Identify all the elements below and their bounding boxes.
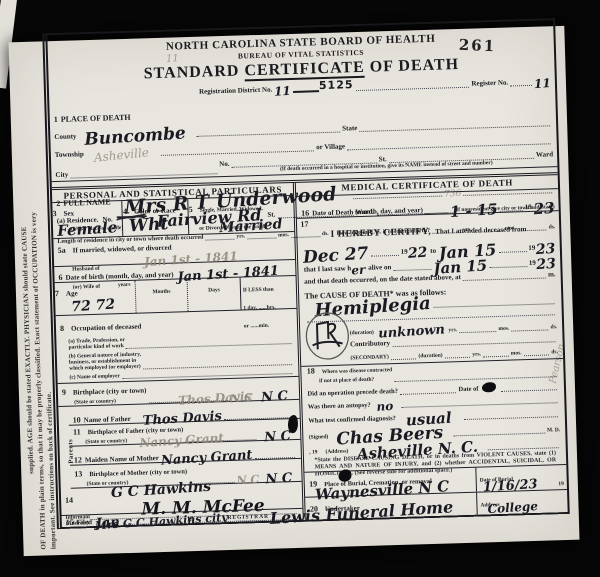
item-number: 5a xyxy=(58,246,66,255)
race-cell: 4 Color or Race Wht xyxy=(122,199,189,236)
year-prefix: 19 xyxy=(529,259,536,267)
dotted-line xyxy=(356,85,470,91)
age-days-cell: Days xyxy=(187,277,241,311)
spouse-label: If married, widowed, or divorced xyxy=(73,244,172,255)
marital-value: Married xyxy=(219,222,282,230)
item-number: 16 xyxy=(301,209,309,218)
medical-column: MEDICAL CERTIFICATE OF DEATH 16 Date of … xyxy=(293,175,567,520)
father-value-ghost: Thos Davis xyxy=(178,394,251,403)
years-label: years xyxy=(118,282,131,288)
age-label: Age xyxy=(66,289,78,297)
certification-block: 17 I HEREBY CERTIFY, That I attended dec… xyxy=(297,211,563,366)
st-label: St. xyxy=(379,155,387,163)
year-label: , 19 xyxy=(309,449,317,455)
days-label: Days xyxy=(208,287,220,293)
personal-column: PERSONAL AND STATISTICAL PARTICULARS 3 S… xyxy=(52,183,303,527)
no-label: No. xyxy=(219,160,230,168)
sex-value: Female xyxy=(57,225,117,233)
item-number: 13 xyxy=(74,469,82,478)
item-number: 3 xyxy=(52,209,56,218)
strike-mark xyxy=(293,87,319,93)
ward-label: Ward xyxy=(536,150,553,159)
age-months-cell: Months xyxy=(134,279,188,313)
where-contracted-label: Where was disease contracted xyxy=(322,367,392,375)
yrs-label: yrs. xyxy=(472,352,481,358)
undertaker-value: Lewis Funeral Home xyxy=(270,505,454,521)
occupation-a2: particular kind of work xyxy=(68,343,124,351)
title-part: OF DEATH xyxy=(365,56,460,76)
duration2-label: (duration) xyxy=(418,353,442,360)
dotted-line xyxy=(510,83,532,87)
disease-questions-block: 18 Where was disease contracted if not a… xyxy=(302,359,567,473)
registration-district-value: 11 xyxy=(274,89,291,94)
m-label: m. xyxy=(548,270,556,278)
ink-blot xyxy=(288,415,299,433)
filed-date-value: Jan xyxy=(96,521,120,527)
title-part: STANDARD xyxy=(144,62,245,82)
occupation-label: Occupation of deceased xyxy=(71,322,142,332)
item-number: 17 xyxy=(300,220,308,229)
parents-block: Parents 10 Name of Father Thos Davis Tho… xyxy=(58,400,302,489)
city-label: City xyxy=(55,171,68,179)
dotted-line xyxy=(524,353,550,357)
physician-address-value: Asheville N. C. xyxy=(356,445,477,457)
informant-value: G C Hawkins xyxy=(111,485,211,495)
item-number: 15 xyxy=(66,518,74,527)
item-number: 9 xyxy=(62,388,66,397)
item-number: 4 xyxy=(123,207,127,216)
age-years-cell: 7 Age years 72 72 xyxy=(55,280,136,314)
less-label: If LESS than xyxy=(243,286,274,293)
mos-label: mos. xyxy=(511,351,522,357)
dotted-line xyxy=(483,354,509,358)
item-number: 14 xyxy=(65,495,73,504)
item-number: 7 xyxy=(55,289,59,298)
registrar-label: REGISTRAR xyxy=(227,514,269,521)
age-less-cell: If LESS than 1 day, ......hrs. or ......… xyxy=(239,276,297,310)
dotted-line xyxy=(445,355,471,359)
death-certificate: supplied. AGE should be stated EXACTLY. … xyxy=(8,26,579,556)
certificate-header: NORTH CAROLINA STATE BOARD OF HEALTH BUR… xyxy=(47,20,555,112)
address-label: (Address) xyxy=(325,448,348,455)
certificate-number-stamp: 261 xyxy=(458,36,496,55)
columns: PERSONAL AND STATISTICAL PARTICULARS 3 S… xyxy=(52,172,568,527)
hereby-certify-label: I HEREBY CERTIFY, xyxy=(330,227,431,240)
item-number: 18 xyxy=(307,366,315,375)
undertaker-address-value: College xyxy=(487,504,537,511)
year-prefix: 19 xyxy=(528,244,535,252)
register-no-value: 11 xyxy=(534,81,551,86)
register-no-label: Register No. xyxy=(471,79,508,88)
marital-cell: 5 Single, Married, Widowed, or Divorced … xyxy=(187,196,294,234)
registration-district-label: Registration District No. xyxy=(199,86,273,96)
race-value: Wht xyxy=(129,222,168,229)
mother-value-ghost: Nancy Grant xyxy=(139,435,224,444)
item-number: 5 xyxy=(188,205,192,214)
burial-date-value: 1/16/23 xyxy=(483,482,538,490)
item-number: 8 xyxy=(60,324,64,333)
months-label: Months xyxy=(152,288,170,295)
age-value: 72 72 xyxy=(71,302,115,309)
certificate-form: NORTH CAROLINA STATE BOARD OF HEALTH BUR… xyxy=(42,18,569,529)
to-label: to xyxy=(430,247,436,255)
item-number: 11 xyxy=(73,427,81,436)
ink-blot xyxy=(481,382,495,392)
birthplace-label: Birthplace (city or town) xyxy=(73,386,147,396)
year-label: 19 xyxy=(558,481,564,487)
mother-birthplace-label: Birthplace of Mother (city or town) xyxy=(89,468,187,478)
marital-label: Single, Married, Widowed, xyxy=(200,206,263,214)
item-number: 6 xyxy=(58,273,62,282)
dob-value-ghost: Jan 1st - 1841 xyxy=(144,254,238,264)
burial-date-cell: Date of Burial 1/16/23 19 xyxy=(475,465,567,491)
filed-label: Filed xyxy=(77,518,92,526)
district-stamp-number: 5125 xyxy=(319,78,354,92)
undertaker-address-cell: Address College xyxy=(476,489,568,514)
undertaker-cell: 20 Undertaker Lewis Funeral Home xyxy=(306,492,477,520)
sex-label: Sex xyxy=(63,209,74,217)
dotted-line xyxy=(391,357,417,361)
item-number: 1 xyxy=(54,115,58,124)
sex-cell: 3 Sex Female xyxy=(52,201,122,238)
occupation-row: 8 Occupation of deceased (a) Trade, Prof… xyxy=(56,309,299,384)
pencil-note-11: 11 xyxy=(166,57,179,62)
attended-label: That I attended deceased from xyxy=(435,225,526,236)
ds-label: ds. xyxy=(551,349,558,355)
year-prefix: 19 xyxy=(525,203,532,211)
occupation-b3: which employed (or employer) xyxy=(69,363,141,371)
